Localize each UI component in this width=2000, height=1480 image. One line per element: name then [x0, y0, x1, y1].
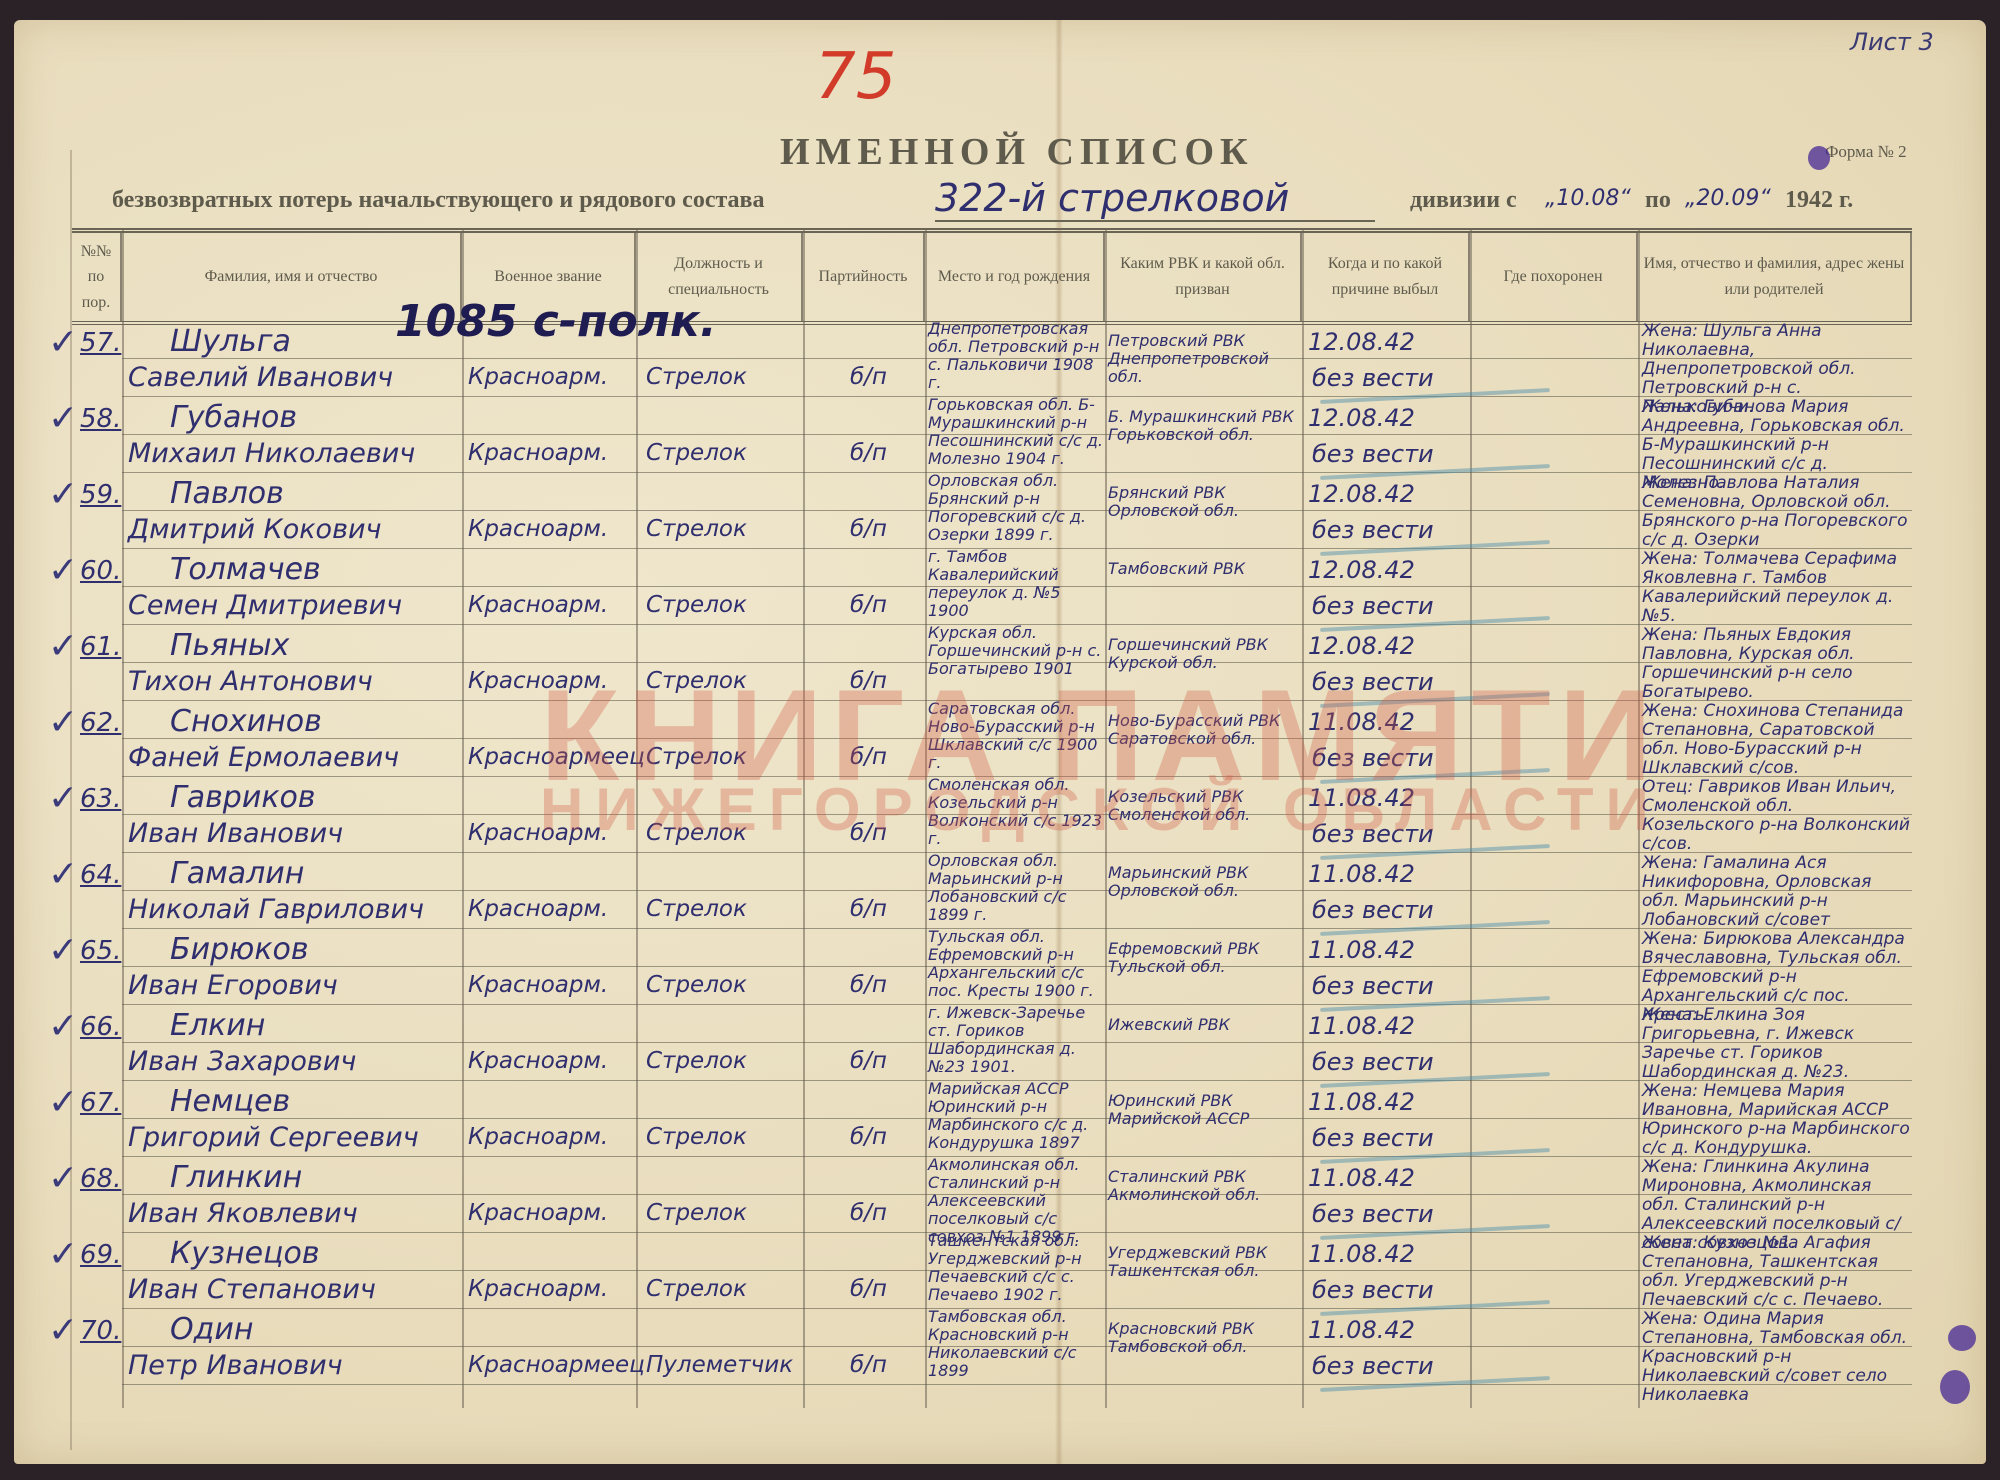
surname: Толмачев: [170, 552, 321, 587]
draft-office: Угерджевский РВК Ташкентская обл.: [1108, 1244, 1302, 1280]
given-name-patronymic: Фаней Ермолаевич: [128, 742, 399, 773]
sheet-label: Лист 3: [1850, 28, 1934, 56]
next-of-kin: Жена: Павлова Наталия Семеновна, Орловск…: [1642, 474, 1910, 550]
birthplace-year: Курская обл. Горшечинский р-н с. Богатыр…: [928, 624, 1104, 678]
column-divider: [636, 228, 638, 1408]
draft-office: Красновский РВК Тамбовской обл.: [1108, 1320, 1302, 1356]
birthplace-year: г. Ижевск-Заречье ст. Гориков Шабординск…: [928, 1004, 1104, 1076]
check-mark-icon: ✓: [48, 854, 78, 895]
position: Стрелок: [646, 364, 747, 390]
drop-reason: без вести: [1312, 820, 1434, 848]
surname: Снохинов: [170, 704, 322, 739]
given-name-patronymic: Семен Дмитриевич: [128, 590, 402, 621]
date-dropped: 11.08.42: [1308, 936, 1415, 964]
check-mark-icon: ✓: [48, 1310, 78, 1351]
party-membership: б/п: [850, 1200, 887, 1226]
birthplace-year: Орловская обл. Марьинский р-н Лобановски…: [928, 852, 1104, 924]
row-number: 67.: [80, 1088, 121, 1118]
drop-reason: без вести: [1312, 1048, 1434, 1076]
draft-office: Юринский РВК Марийской АССР: [1108, 1092, 1302, 1128]
military-rank: Красноарм.: [468, 516, 608, 542]
check-mark-icon: ✓: [48, 626, 78, 667]
form-number: Форма № 2: [1825, 142, 1907, 162]
military-rank: Красноарм.: [468, 1200, 608, 1226]
party-membership: б/п: [850, 1124, 887, 1150]
military-rank: Красноарм.: [468, 1048, 608, 1074]
next-of-kin: Жена: Гамалина Ася Никифоровна, Орловска…: [1642, 854, 1910, 930]
check-mark-icon: ✓: [48, 1006, 78, 1047]
surname: Один: [170, 1312, 253, 1347]
party-membership: б/п: [850, 364, 887, 390]
draft-office: Ефремовский РВК Тульской обл.: [1108, 940, 1302, 976]
drop-reason: без вести: [1312, 744, 1434, 772]
column-divider: [1638, 228, 1640, 1408]
date-to-label: по: [1645, 187, 1671, 214]
ink-blot: [1940, 1370, 1970, 1404]
military-rank: Красноарм.: [468, 592, 608, 618]
drop-reason: без вести: [1312, 516, 1434, 544]
military-rank: Красноарм.: [468, 668, 608, 694]
division-name: 322-й стрелковой: [935, 176, 1375, 222]
military-rank: Красноарм.: [468, 820, 608, 846]
check-mark-icon: ✓: [48, 398, 78, 439]
birthplace-year: Смоленская обл. Козельский р-н Волконски…: [928, 776, 1104, 848]
draft-office: Тамбовский РВК: [1108, 560, 1302, 578]
given-name-patronymic: Иван Егорович: [128, 970, 338, 1001]
date-to: „20.09“: [1685, 186, 1771, 211]
position: Стрелок: [646, 896, 747, 922]
position: Стрелок: [646, 440, 747, 466]
row-number: 68.: [80, 1164, 121, 1194]
surname: Немцев: [170, 1084, 290, 1119]
draft-office: Сталинский РВК Акмолинской обл.: [1108, 1168, 1302, 1204]
given-name-patronymic: Дмитрий Кокович: [128, 514, 381, 545]
next-of-kin: Жена: Елкина Зоя Григорьевна, г. Ижевск …: [1642, 1006, 1910, 1082]
position: Стрелок: [646, 668, 747, 694]
party-membership: б/п: [850, 440, 887, 466]
drop-reason: без вести: [1312, 364, 1434, 392]
ink-blot: [1948, 1325, 1976, 1351]
row-number: 62.: [80, 708, 121, 738]
date-dropped: 11.08.42: [1308, 1240, 1415, 1268]
military-rank: Красноармеец: [468, 1352, 645, 1378]
date-dropped: 12.08.42: [1308, 404, 1415, 432]
date-dropped: 11.08.42: [1308, 1164, 1415, 1192]
division-label: дивизии с: [1410, 187, 1517, 214]
military-rank: Красноарм.: [468, 1276, 608, 1302]
next-of-kin: Жена: Одина Мария Степановна, Тамбовская…: [1642, 1310, 1910, 1405]
document-title: ИМЕННОЙ СПИСОК: [780, 130, 1254, 174]
party-membership: б/п: [850, 592, 887, 618]
next-of-kin: Жена: Толмачева Серафима Яковлевна г. Та…: [1642, 550, 1910, 626]
header-col-buried: Где похоронен: [1470, 233, 1638, 321]
surname: Пьяных: [170, 628, 289, 663]
birthplace-year: Саратовская обл. Ново-Бурасский р-н Шкла…: [928, 700, 1104, 772]
next-of-kin: Жена: Немцева Мария Ивановна, Марийская …: [1642, 1082, 1910, 1158]
birthplace-year: Марийская АССР Юринский р-н Марбинского …: [928, 1080, 1104, 1152]
position: Стрелок: [646, 1276, 747, 1302]
header-col-rvk: Каким РВК и какой обл. призван: [1105, 233, 1302, 321]
given-name-patronymic: Тихон Антонович: [128, 666, 373, 697]
birthplace-year: Орловская обл. Брянский р-н Погоревский …: [928, 472, 1104, 544]
year: 1942 г.: [1785, 187, 1853, 214]
row-number: 60.: [80, 556, 121, 586]
given-name-patronymic: Михаил Николаевич: [128, 438, 415, 469]
ink-blot: [1808, 146, 1830, 170]
position: Стрелок: [646, 516, 747, 542]
row-number: 70.: [80, 1316, 121, 1346]
position: Стрелок: [646, 972, 747, 998]
row-number: 63.: [80, 784, 121, 814]
surname: Кузнецов: [170, 1236, 320, 1271]
date-dropped: 11.08.42: [1308, 1316, 1415, 1344]
draft-office: Б. Мурашкинский РВК Горьковской обл.: [1108, 408, 1302, 444]
position: Стрелок: [646, 744, 747, 770]
check-mark-icon: ✓: [48, 1234, 78, 1275]
document-subtitle: безвозвратных потерь начальствующего и р…: [112, 187, 765, 214]
check-mark-icon: ✓: [48, 474, 78, 515]
birthplace-year: Ташкентская обл. Угерджевский р-н Печаев…: [928, 1232, 1104, 1304]
draft-office: Петровский РВК Днепропетровской обл.: [1108, 332, 1302, 386]
date-dropped: 12.08.42: [1308, 632, 1415, 660]
surname: Губанов: [170, 400, 297, 435]
date-dropped: 11.08.42: [1308, 860, 1415, 888]
drop-reason: без вести: [1312, 592, 1434, 620]
header-col-party: Партийность: [803, 233, 925, 321]
date-dropped: 11.08.42: [1308, 708, 1415, 736]
regiment-note: 1085 с-полк.: [395, 296, 717, 347]
table-header: №№ по пор.Фамилия, имя и отчествоВоенное…: [72, 228, 1912, 325]
party-membership: б/п: [850, 1276, 887, 1302]
date-dropped: 12.08.42: [1308, 328, 1415, 356]
drop-reason: без вести: [1312, 1124, 1434, 1152]
check-mark-icon: ✓: [48, 702, 78, 743]
military-rank: Красноарм.: [468, 896, 608, 922]
check-mark-icon: ✓: [48, 1082, 78, 1123]
given-name-patronymic: Иван Яковлевич: [128, 1198, 358, 1229]
party-membership: б/п: [850, 1048, 887, 1074]
surname: Шульга: [170, 324, 291, 359]
given-name-patronymic: Григорий Сергеевич: [128, 1122, 419, 1153]
check-mark-icon: ✓: [48, 930, 78, 971]
military-rank: Красноарм.: [468, 972, 608, 998]
draft-office: Марьинский РВК Орловской обл.: [1108, 864, 1302, 900]
military-rank: Красноармеец: [468, 744, 645, 770]
drop-reason: без вести: [1312, 1352, 1434, 1380]
date-from: „10.08“: [1545, 186, 1631, 211]
surname: Бирюков: [170, 932, 309, 967]
position: Пулеметчик: [646, 1352, 793, 1378]
given-name-patronymic: Николай Гаврилович: [128, 894, 424, 925]
check-mark-icon: ✓: [48, 550, 78, 591]
draft-office: Ижевский РВК: [1108, 1016, 1302, 1034]
check-mark-icon: ✓: [48, 322, 78, 363]
header-col-birth: Место и год рождения: [925, 233, 1105, 321]
next-of-kin: Жена: Снохинова Степанида Степановна, Са…: [1642, 702, 1910, 778]
row-number: 58.: [80, 404, 121, 434]
row-number: 65.: [80, 936, 121, 966]
military-rank: Красноарм.: [468, 364, 608, 390]
party-membership: б/п: [850, 668, 887, 694]
draft-office: Ново-Бурасский РВК Саратовской обл.: [1108, 712, 1302, 748]
drop-reason: без вести: [1312, 1200, 1434, 1228]
date-dropped: 12.08.42: [1308, 480, 1415, 508]
party-membership: б/п: [850, 972, 887, 998]
row-number: 66.: [80, 1012, 121, 1042]
given-name-patronymic: Иван Захарович: [128, 1046, 356, 1077]
given-name-patronymic: Иван Степанович: [128, 1274, 376, 1305]
drop-reason: без вести: [1312, 896, 1434, 924]
military-rank: Красноарм.: [468, 440, 608, 466]
party-membership: б/п: [850, 896, 887, 922]
date-dropped: 11.08.42: [1308, 1012, 1415, 1040]
party-membership: б/п: [850, 744, 887, 770]
surname: Глинкин: [170, 1160, 302, 1195]
column-divider: [1302, 228, 1304, 1408]
check-mark-icon: ✓: [48, 778, 78, 819]
next-of-kin: Отец: Гавриков Иван Ильич, Смоленской об…: [1642, 778, 1910, 854]
row-number: 57.: [80, 328, 121, 358]
birthplace-year: Тульская обл. Ефремовский р-н Архангельс…: [928, 928, 1104, 1000]
column-divider: [122, 228, 124, 1408]
given-name-patronymic: Савелий Иванович: [128, 362, 393, 393]
column-divider: [925, 228, 927, 1408]
row-number: 69.: [80, 1240, 121, 1270]
losses-table: №№ по пор.Фамилия, имя и отчествоВоенное…: [72, 228, 1912, 325]
position: Стрелок: [646, 1124, 747, 1150]
birthplace-year: Тамбовская обл. Красновский р-н Николаев…: [928, 1308, 1104, 1380]
header-col-number: №№ по пор.: [72, 233, 122, 321]
drop-reason: без вести: [1312, 1276, 1434, 1304]
given-name-patronymic: Иван Иванович: [128, 818, 343, 849]
position: Стрелок: [646, 820, 747, 846]
next-of-kin: Жена: Кузнецова Агафия Степановна, Ташке…: [1642, 1234, 1910, 1310]
birthplace-year: Днепропетровская обл. Петровский р-н с. …: [928, 320, 1104, 392]
row-number: 64.: [80, 860, 121, 890]
surname: Елкин: [170, 1008, 265, 1043]
next-of-kin: Жена: Пьяных Евдокия Павловна, Курская о…: [1642, 626, 1910, 702]
surname: Гавриков: [170, 780, 315, 815]
party-membership: б/п: [850, 820, 887, 846]
party-membership: б/п: [850, 1352, 887, 1378]
row-number: 59.: [80, 480, 121, 510]
column-divider: [1105, 228, 1107, 1408]
date-dropped: 12.08.42: [1308, 556, 1415, 584]
archive-page-number: 75: [815, 40, 896, 114]
drop-reason: без вести: [1312, 972, 1434, 1000]
birthplace-year: Горьковская обл. Б-Мурашкинский р-н Песо…: [928, 396, 1104, 468]
given-name-patronymic: Петр Иванович: [128, 1350, 343, 1381]
date-dropped: 11.08.42: [1308, 784, 1415, 812]
header-col-relatives: Имя, отчество и фамилия, адрес жены или …: [1638, 233, 1912, 321]
row-number: 61.: [80, 632, 121, 662]
column-divider: [462, 228, 464, 1408]
birthplace-year: г. Тамбов Кавалерийский переулок д. №5 1…: [928, 548, 1104, 620]
check-mark-icon: ✓: [48, 1158, 78, 1199]
draft-office: Козельский РВК Смоленской обл.: [1108, 788, 1302, 824]
drop-reason: без вести: [1312, 440, 1434, 468]
column-divider: [803, 228, 805, 1408]
surname: Гамалин: [170, 856, 304, 891]
party-membership: б/п: [850, 516, 887, 542]
drop-reason: без вести: [1312, 668, 1434, 696]
header-col-dropped: Когда и по какой причине выбыл: [1302, 233, 1470, 321]
military-rank: Красноарм.: [468, 1124, 608, 1150]
position: Стрелок: [646, 1048, 747, 1074]
draft-office: Брянский РВК Орловской обл.: [1108, 484, 1302, 520]
position: Стрелок: [646, 592, 747, 618]
position: Стрелок: [646, 1200, 747, 1226]
draft-office: Горшечинский РВК Курской обл.: [1108, 636, 1302, 672]
date-dropped: 11.08.42: [1308, 1088, 1415, 1116]
surname: Павлов: [170, 476, 284, 511]
